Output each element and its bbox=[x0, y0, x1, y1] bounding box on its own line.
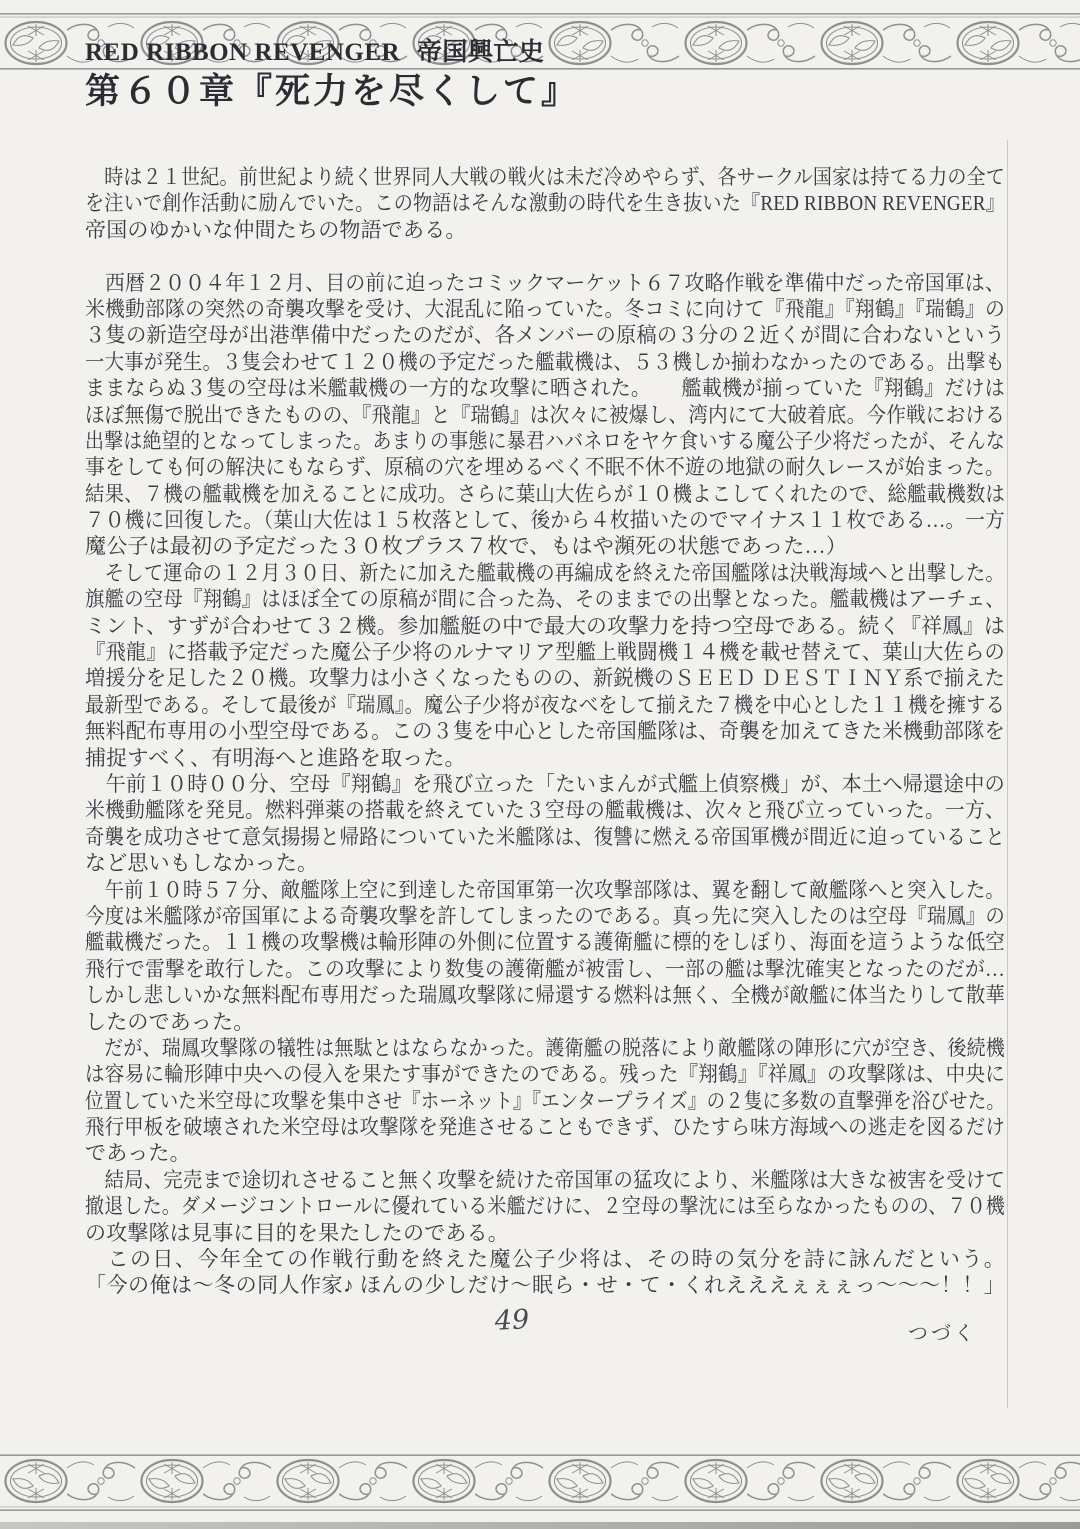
text-line: など思いもしなかった。 bbox=[85, 850, 1005, 876]
text-line: 『飛龍』に搭載予定だった魔公子少将のルナマリア型艦上戦闘機１４機を載せ替えて、葉… bbox=[85, 639, 973, 665]
text-line: 捕捉すべく、有明海へと進路を取った。 bbox=[85, 745, 1005, 771]
text-line: ３隻の新造空母が出港準備中だったのだが、各メンバーの原稿の３分の２近くが間に合わ… bbox=[85, 322, 974, 348]
text-line: この日、今年全ての作戦行動を終えた魔公子少将は、その時の気分を詩に詠んだという。 bbox=[85, 1246, 1005, 1272]
series-title-latin: RED RIBBON REVENGER bbox=[85, 39, 400, 66]
text-line: 今度は米艦隊が帝国軍による奇襲攻撃を許してしまったのである。真っ先に突入したのは… bbox=[85, 903, 934, 929]
text-line: 一大事が発生。３隻会わせて１２０機の予定だった艦載機は、５３機しか揃わなかったの… bbox=[85, 349, 934, 375]
text-line: 最新型である。そして最後が『瑞鳳』。魔公子少将が夜なべをして揃えた７機を中心とし… bbox=[85, 692, 925, 718]
blank-line bbox=[85, 243, 1005, 269]
text-line: 午前１０時００分、空母『翔鶴』を飛び立った「たいまんが式艦上偵察機」が、本土へ帰… bbox=[85, 771, 972, 797]
series-subtitle: 帝国興亡史 bbox=[417, 39, 545, 66]
page-content: RED RIBBON REVENGER 帝国興亡史 第６０章『死力を尽くして』 … bbox=[0, 0, 1080, 1361]
text-line: 飛行甲板を破壊された米空母は攻撃隊を発進させることもできず、ひたすら味方海域への… bbox=[85, 1114, 936, 1140]
text-line: 時は２１世紀。前世紀より続く世界同人大戦の戦火は未だ冷めやらず、各サークル国家は… bbox=[85, 164, 919, 190]
text-line: ほぼ無傷で脱出できたものの、『飛龍』と『瑞鶴』は次々に被爆し、湾内にて大破着底。… bbox=[85, 402, 944, 428]
text-line: は容易に輪形陣中央への侵入を果たす事ができたのである。残った『翔鶴』『祥鳳』の攻… bbox=[85, 1061, 943, 1087]
text-line: 飛行で雷撃を敢行した。この攻撃により数隻の護衛艦が被雷し、一部の艦は撃沈確実とな… bbox=[85, 956, 953, 982]
series-title: RED RIBBON REVENGER 帝国興亡史 bbox=[85, 38, 1005, 68]
text-line: 午前１０時５７分、敵艦隊上空に到達した帝国軍第一次攻撃部隊は、翼を翻して敵艦隊へ… bbox=[85, 877, 934, 903]
text-line: 無料配布専用の小型空母である。この３隻を中心とした帝国艦隊は、奇襲を加えてきた米… bbox=[85, 718, 972, 744]
text-line: の攻撃隊は見事に目的を果たしたのである。 bbox=[85, 1220, 1005, 1246]
page-footer: 49 つづく bbox=[85, 1305, 1005, 1361]
text-line: 結局、完売まで途切れさせること無く攻撃を続けた帝国軍の猛攻により、米艦隊は大きな… bbox=[85, 1167, 934, 1193]
text-line: 事をしても何の解決にもならず、原稿の穴を埋めるべく不眠不休不遊の地獄の耐久レース… bbox=[85, 454, 955, 480]
text-line: 旗艦の空母『翔鶴』はほぼ全ての原稿が間に合った為、そのままでの出撃となった。艦載… bbox=[85, 586, 936, 612]
text-line: を注いで創作活動に励んでいた。この物語はそんな激動の時代を生き抜いた『RED R… bbox=[85, 190, 922, 216]
ornamental-border-bottom bbox=[0, 1450, 1080, 1524]
text-line: 出撃は絶望的となってしまった。あまりの事態に暴君ハバネロをヤケ食いする魔公子少将… bbox=[85, 428, 917, 454]
text-line: 艦載機だった。１１機の攻撃機は輪形陣の外側に位置する護衛艦に標的をしぼり、海面を… bbox=[85, 929, 934, 955]
scanned-page: RED RIBBON REVENGER 帝国興亡史 第６０章『死力を尽くして』 … bbox=[0, 0, 1080, 1529]
chapter-title: 第６０章『死力を尽くして』 bbox=[85, 70, 1005, 114]
text-line: だが、瑞鳳攻撃隊の犠牲は無駄とはならなかった。護衛艦の脱落により敵艦隊の陣形に穴… bbox=[85, 1035, 917, 1061]
page-number: 49 bbox=[494, 1304, 530, 1337]
page-bottom-shadow bbox=[0, 1522, 1080, 1529]
text-line: したのであった。 bbox=[85, 1009, 1005, 1035]
text-line: 帝国のゆかいな仲間たちの物語である。 bbox=[85, 217, 1005, 243]
text-line: 米機動艦隊を発見。燃料弾薬の搭載を終えていた３空母の艦載機は、次々と飛び立ってい… bbox=[85, 797, 953, 823]
body-text: 時は２１世紀。前世紀より続く世界同人大戦の戦火は未だ冷めやらず、各サークル国家は… bbox=[85, 164, 1005, 1299]
text-line: 奇襲を成功させて意気揚揚と帰路についていた米艦隊は、復讐に燃える帝国軍機が間近に… bbox=[85, 824, 935, 850]
text-line: 増援分を足した２０機。攻撃力は小さくなったものの、新鋭機のＳＥＥＤ ＤＥＳＴＩＮ… bbox=[85, 665, 968, 691]
text-line: であった。 bbox=[85, 1140, 1005, 1166]
text-line: 撤退した。ダメージコントロールに優れている米艦だけに、２空母の撃沈には至らなかっ… bbox=[85, 1193, 918, 1219]
text-line: 魔公子は最初の予定だった３０枚プラス７枚で、もはや瀕死の状態であった…） bbox=[85, 533, 1005, 559]
text-line: 米機動部隊の突然の奇襲攻撃を受け、大混乱に陥っていた。冬コミに向けて『飛龍』『翔… bbox=[85, 296, 953, 322]
text-line: しかし悲しいかな無料配布専用だった瑞鳳攻撃隊に帰還する燃料は無く、全機が敵艦に体… bbox=[85, 982, 935, 1008]
page-edge-line bbox=[1007, 140, 1008, 1408]
text-line: 位置していた米空母に攻撃を集中させ『ホーネット』『エンタープライズ』の２隻に多数… bbox=[85, 1088, 894, 1114]
text-line: ままならぬ３隻の空母は米艦載機の一方的な攻撃に晒された。 艦載機が揃っていた『翔… bbox=[85, 375, 962, 401]
text-line: ７０機に回復した。（葉山大佐は１５枚落として、後から４枚描いたのでマイナス１１枚… bbox=[85, 507, 945, 533]
text-line: 西暦２００４年１２月、目の前に迫ったコミックマーケット６７攻略作戦を準備中だった… bbox=[85, 270, 954, 296]
text-line: 結果、７機の艦載機を加えることに成功。さらに葉山大佐らが１０機よこしてくれたので… bbox=[85, 481, 935, 507]
text-line: ミント、すずが合わせて３２機。参加艦艇の中で最大の攻撃力を持つ空母である。続く『… bbox=[85, 613, 994, 639]
text-line: 「今の俺は～冬の同人作家♪ ほんの少しだけ～眠ら・せ・て・くれえええぇぇぇっ～～… bbox=[85, 1272, 1005, 1298]
text-line: そして運命の１２月３０日、新たに加えた艦載機の再編成を終えた帝国艦隊は決戦海域へ… bbox=[85, 560, 934, 586]
continuation-note: つづく bbox=[908, 1317, 977, 1346]
